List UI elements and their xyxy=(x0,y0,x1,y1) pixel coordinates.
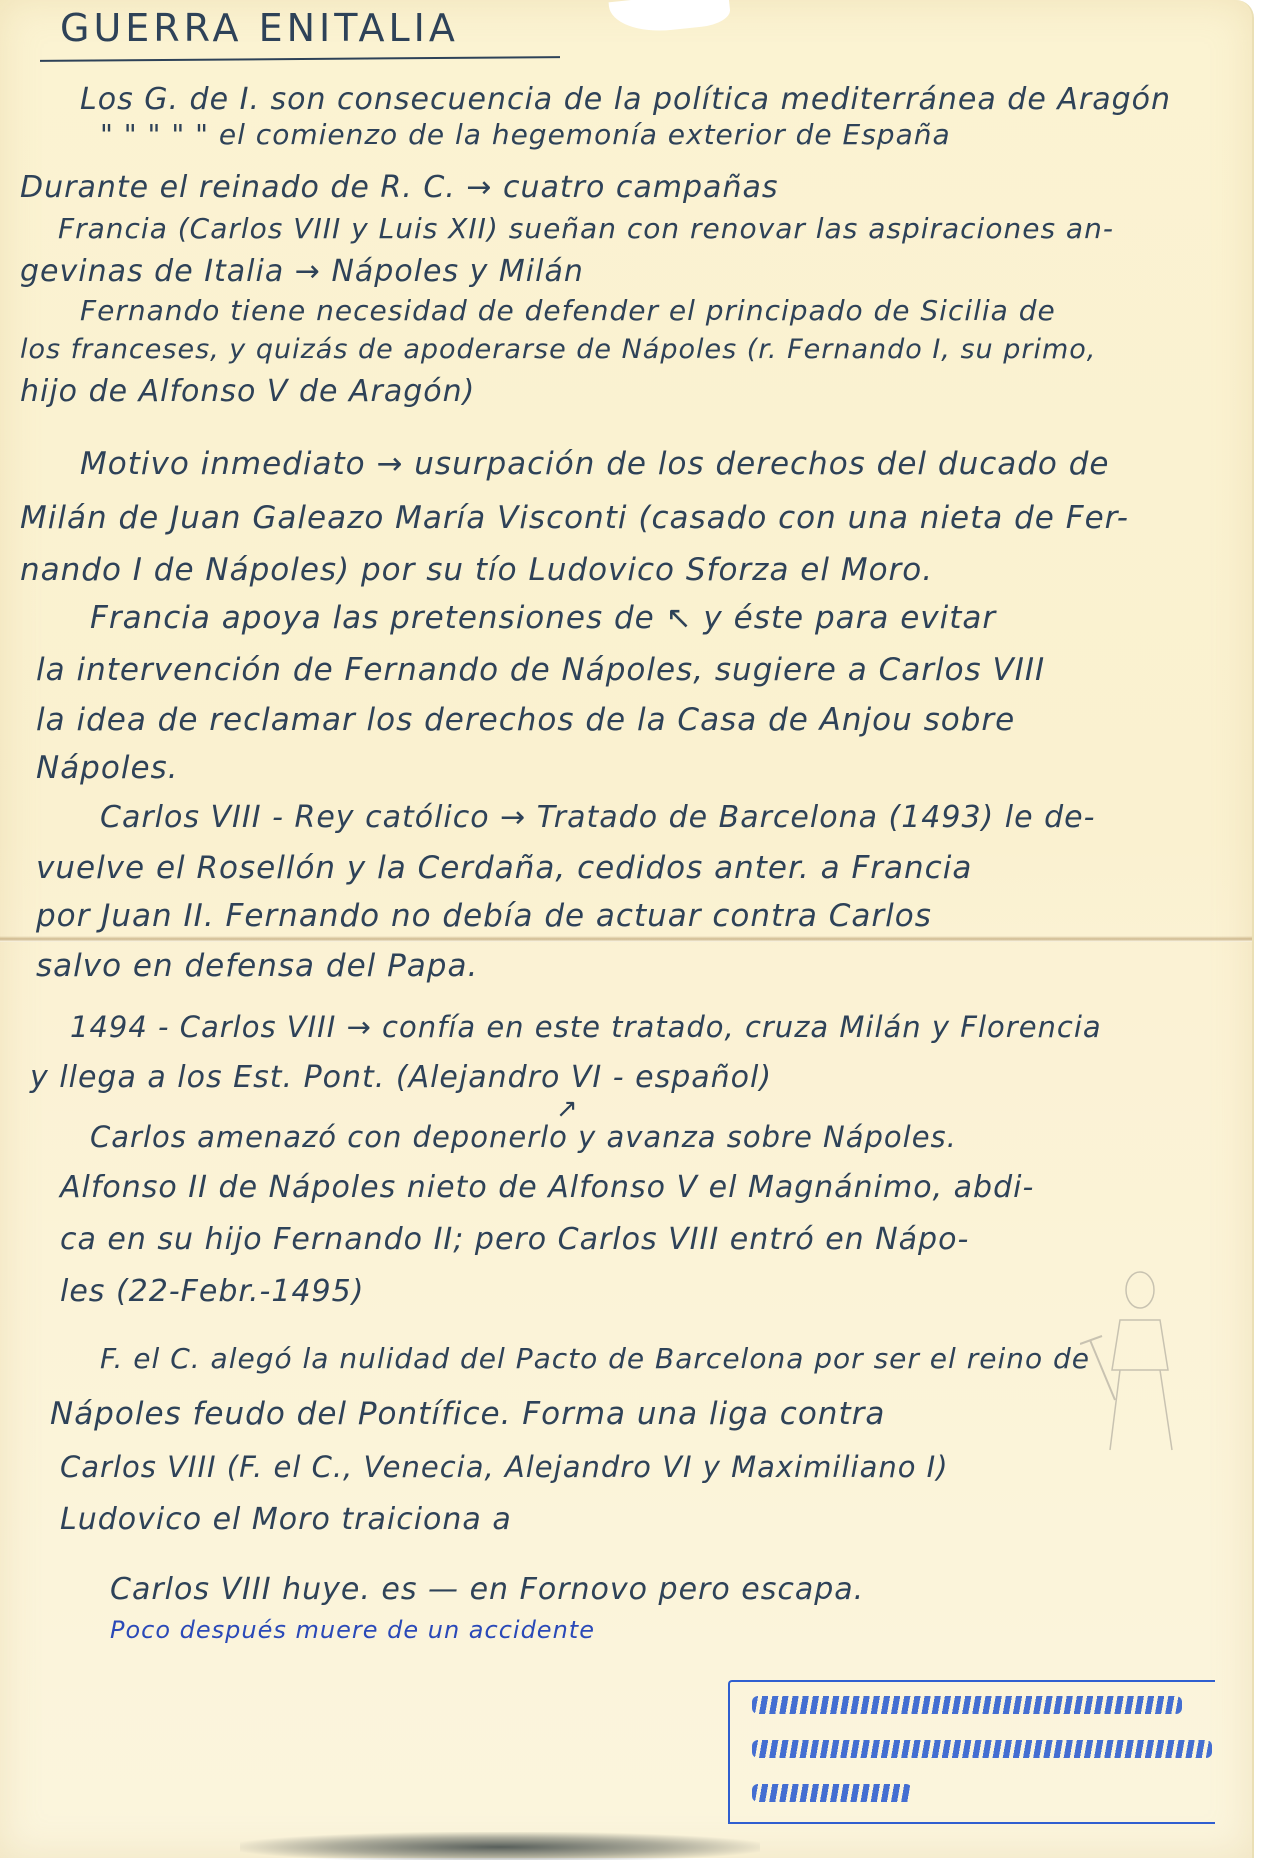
text-line-4: Francia (Carlos VIII y Luis XII) sueñan … xyxy=(58,212,1114,245)
text-line-1: Los G. de I. son consecuencia de la polí… xyxy=(80,82,1171,117)
page-shadow xyxy=(240,1832,760,1860)
text-line-29: Ludovico el Moro traiciona a xyxy=(60,1502,512,1537)
text-line-23: Alfonso II de Nápoles nieto de Alfonso V… xyxy=(60,1170,1034,1205)
text-line-15: Nápoles. xyxy=(36,750,179,786)
blue-ink-note: Poco después muere de un accidente xyxy=(110,1616,595,1644)
text-line-24: ca en su hijo Fernando II; pero Carlos V… xyxy=(60,1222,969,1257)
text-line-30: Carlos VIII huye. es — en Fornovo pero e… xyxy=(110,1572,864,1607)
text-line-5: gevinas de Italia → Nápoles y Milán xyxy=(20,254,584,289)
text-line-27: Nápoles feudo del Pontífice. Forma una l… xyxy=(50,1396,885,1432)
title-underline xyxy=(40,56,560,62)
scribble-line-2 xyxy=(752,1740,1212,1758)
text-line-13: la intervención de Fernando de Nápoles, … xyxy=(36,652,1045,688)
text-line-26: F. el C. alegó la nulidad del Pacto de B… xyxy=(100,1342,1090,1375)
text-line-18: por Juan II. Fernando no debía de actuar… xyxy=(36,898,932,934)
text-line-21: y llega a los Est. Pont. (Alejandro VI -… xyxy=(30,1060,772,1095)
page-title: GUERRA ENITALIA xyxy=(60,6,459,50)
text-line-22: Carlos amenazó con deponerlo y avanza so… xyxy=(90,1120,957,1154)
text-line-9: Motivo inmediato → usurpación de los der… xyxy=(80,446,1110,482)
text-line-17: vuelve el Rosellón y la Cerdaña, cedidos… xyxy=(36,850,972,886)
text-line-16: Carlos VIII - Rey católico → Tratado de … xyxy=(100,800,1095,835)
text-line-25: les (22-Febr.-1495) xyxy=(60,1274,364,1309)
scribble-line-1 xyxy=(752,1696,1182,1714)
text-line-10: Milán de Juan Galeazo María Visconti (ca… xyxy=(20,500,1129,536)
paper-fold xyxy=(0,936,1252,942)
scribble-line-3 xyxy=(752,1784,912,1802)
crossed-out-note-box xyxy=(728,1680,1215,1824)
text-line-2: " " " " " el comienzo de la hegemonía ex… xyxy=(100,118,951,151)
text-line-3: Durante el reinado de R. C. → cuatro cam… xyxy=(20,170,778,205)
text-line-14: la idea de reclamar los derechos de la C… xyxy=(36,702,1015,738)
text-line-7: los franceses, y quizás de apoderarse de… xyxy=(20,334,1096,365)
text-line-8: hijo de Alfonso V de Aragón) xyxy=(20,374,475,409)
text-line-28: Carlos VIII (F. el C., Venecia, Alejandr… xyxy=(60,1450,949,1484)
text-line-6: Fernando tiene necesidad de defender el … xyxy=(80,294,1056,327)
text-line-19: salvo en defensa del Papa. xyxy=(36,948,478,984)
notebook-page: GUERRA ENITALIA Los G. de I. son consecu… xyxy=(0,0,1254,1858)
pencil-sketch-figure xyxy=(1080,1260,1190,1460)
text-line-11: nando I de Nápoles) por su tío Ludovico … xyxy=(20,552,933,588)
text-line-20: 1494 - Carlos VIII → confía en este trat… xyxy=(70,1010,1102,1044)
text-line-12: Francia apoya las pretensiones de ↖ y és… xyxy=(90,600,996,636)
